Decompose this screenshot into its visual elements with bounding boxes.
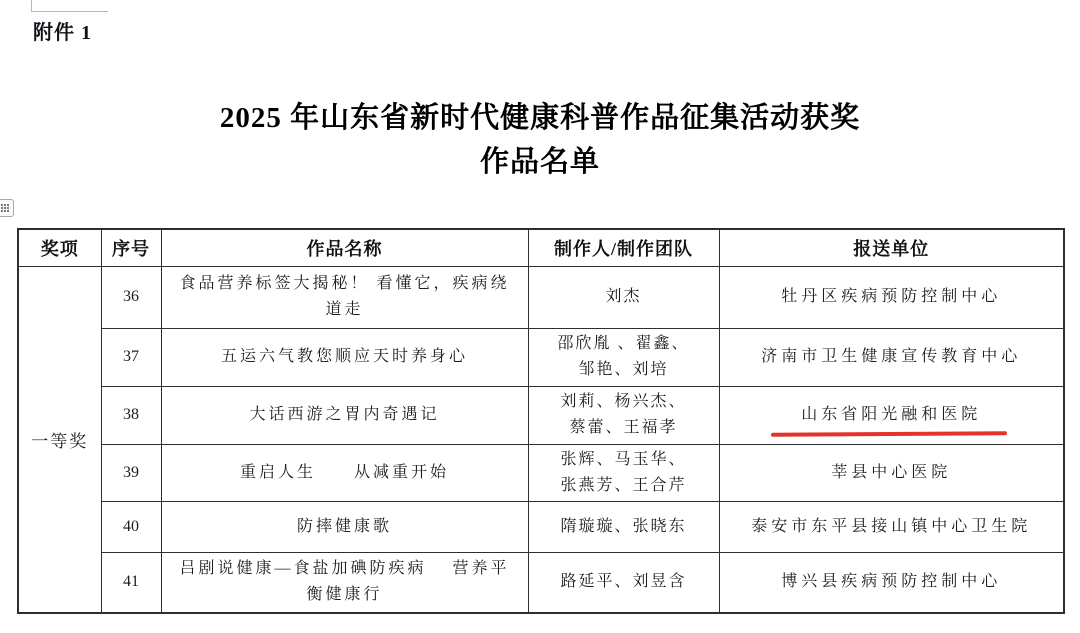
team-names: 路延平、刘昱含 — [528, 552, 719, 613]
team-names: 张辉、马玉华、 张燕芳、王合芹 — [528, 444, 719, 501]
submitting-unit: 山东省阳光融和医院 — [719, 386, 1064, 444]
table-row: 40 防摔健康歌 隋璇璇、张晓东 泰安市东平县接山镇中心卫生院 — [18, 501, 1064, 552]
row-number: 39 — [101, 444, 161, 501]
team-names: 刘杰 — [528, 266, 719, 328]
header-team: 制作人/制作团队 — [528, 229, 719, 266]
team-names: 邵欣胤 、翟鑫、 邹艳、刘培 — [528, 328, 719, 386]
work-name: 重启人生 从减重开始 — [161, 444, 528, 501]
text-boundary-corner-mark — [31, 0, 32, 11]
award-group-cell: 一等奖 — [18, 266, 101, 613]
table-move-handle-icon[interactable] — [0, 199, 14, 217]
awards-table: 奖项 序号 作品名称 制作人/制作团队 报送单位 一等奖 36 食品营养标签大揭… — [17, 228, 1065, 614]
grid-dots-icon — [1, 204, 9, 212]
submitting-unit: 济南市卫生健康宣传教育中心 — [719, 328, 1064, 386]
title-line-1: 2025 年山东省新时代健康科普作品征集活动获奖 — [220, 102, 860, 134]
table-row: 39 重启人生 从减重开始 张辉、马玉华、 张燕芳、王合芹 莘县中心医院 — [18, 444, 1064, 501]
work-name: 食品营养标签大揭秘！ 看懂它，疾病绕 道走 — [161, 266, 528, 328]
row-number: 41 — [101, 552, 161, 613]
team-names: 隋璇璇、张晓东 — [528, 501, 719, 552]
header-work-name: 作品名称 — [161, 229, 528, 266]
table-row: 41 吕剧说健康—食盐加碘防疾病 营养平 衡健康行 路延平、刘昱含 博兴县疾病预… — [18, 552, 1064, 613]
table-header-row: 奖项 序号 作品名称 制作人/制作团队 报送单位 — [18, 229, 1064, 266]
title-line-2: 作品名单 — [480, 146, 600, 178]
row-number: 37 — [101, 328, 161, 386]
submitting-unit: 博兴县疾病预防控制中心 — [719, 552, 1064, 613]
row-number: 40 — [101, 501, 161, 552]
row-number: 36 — [101, 266, 161, 328]
submitting-unit: 牡丹区疾病预防控制中心 — [719, 266, 1064, 328]
team-names: 刘莉、杨兴杰、 蔡蕾、王福孝 — [528, 386, 719, 444]
table-row: 一等奖 36 食品营养标签大揭秘！ 看懂它，疾病绕 道走 刘杰 牡丹区疾病预防控… — [18, 266, 1064, 328]
submitting-unit: 泰安市东平县接山镇中心卫生院 — [719, 501, 1064, 552]
work-name: 吕剧说健康—食盐加碘防疾病 营养平 衡健康行 — [161, 552, 528, 613]
table-row: 37 五运六气教您顺应天时养身心 邵欣胤 、翟鑫、 邹艳、刘培 济南市卫生健康宣… — [18, 328, 1064, 386]
work-name: 大话西游之胃内奇遇记 — [161, 386, 528, 444]
attachment-label: 附件 1 — [33, 16, 92, 45]
row-number: 38 — [101, 386, 161, 444]
document-page: 附件 1 2025 年山东省新时代健康科普作品征集活动获奖 作品名单 奖项 序号… — [0, 0, 1080, 633]
red-underlined-unit: 山东省阳光融和医院 — [801, 403, 981, 427]
work-name: 五运六气教您顺应天时养身心 — [161, 328, 528, 386]
header-award: 奖项 — [18, 229, 101, 266]
text-boundary-corner-mark — [31, 11, 108, 12]
document-title: 2025 年山东省新时代健康科普作品征集活动获奖 作品名单 — [0, 96, 1080, 184]
submitting-unit: 莘县中心医院 — [719, 444, 1064, 501]
header-number: 序号 — [101, 229, 161, 266]
header-unit: 报送单位 — [719, 229, 1064, 266]
work-name: 防摔健康歌 — [161, 501, 528, 552]
table-row: 38 大话西游之胃内奇遇记 刘莉、杨兴杰、 蔡蕾、王福孝 山东省阳光融和医院 — [18, 386, 1064, 444]
